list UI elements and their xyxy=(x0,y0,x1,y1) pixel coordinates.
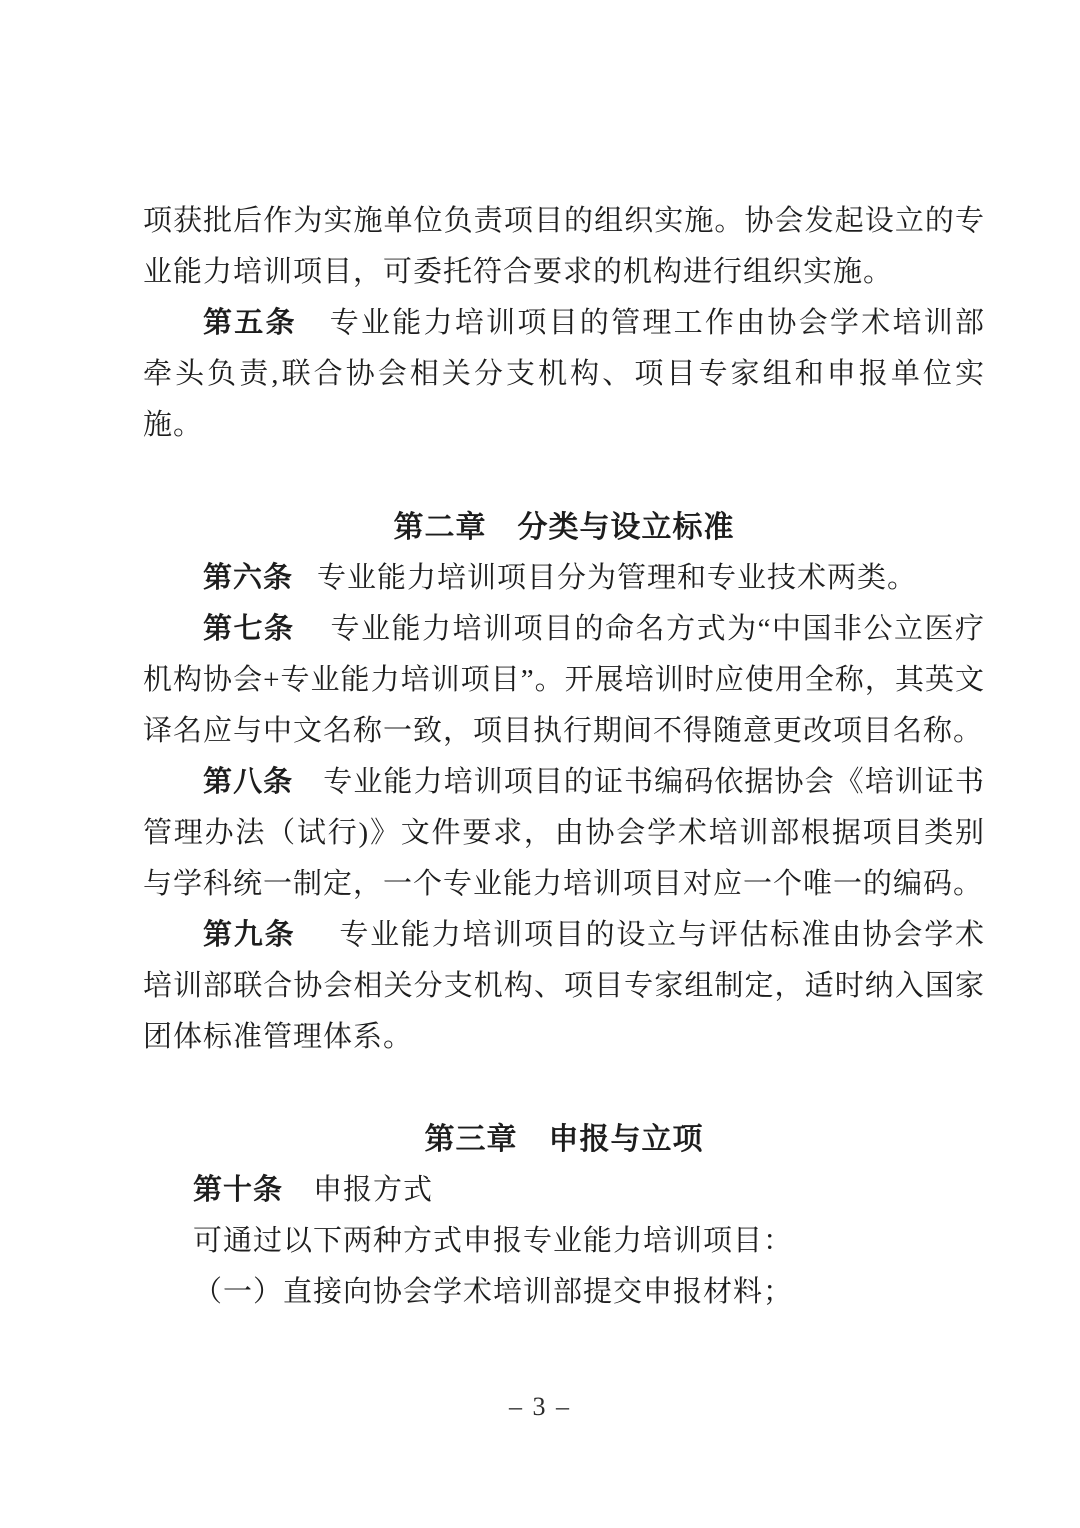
article-5: 第五条专业能力培训项目的管理工作由协会学术培训部牵头负责,联合协会相关分支机构、… xyxy=(143,298,985,451)
chapter-3-heading: 第三章 申报与立项 xyxy=(143,1114,985,1165)
article-8-number: 第八条 xyxy=(203,766,293,798)
article-7-number: 第七条 xyxy=(203,613,295,645)
document-content: 项获批后作为实施单位负责项目的组织实施。协会发起设立的专业能力培训项目，可委托符… xyxy=(143,196,985,1318)
article-5-number: 第五条 xyxy=(203,307,297,339)
article-9: 第九条专业能力培训项目的设立与评估标准由协会学术培训部联合协会相关分支机构、项目… xyxy=(143,910,985,1063)
page-number: – 3 – xyxy=(0,1392,1080,1422)
paragraph-methods-intro: 可通过以下两种方式申报专业能力培训项目： xyxy=(143,1216,985,1267)
chapter-2-heading: 第二章 分类与设立标准 xyxy=(143,502,985,553)
paragraph-continuation: 项获批后作为实施单位负责项目的组织实施。协会发起设立的专业能力培训项目，可委托符… xyxy=(143,196,985,298)
article-7: 第七条专业能力培训项目的命名方式为“中国非公立医疗机构协会+专业能力培训项目”。… xyxy=(143,604,985,757)
paragraph-method-1: （一）直接向协会学术培训部提交申报材料； xyxy=(143,1267,985,1318)
article-10-number: 第十条 xyxy=(193,1174,283,1206)
article-9-number: 第九条 xyxy=(203,919,295,951)
article-6-number: 第六条 xyxy=(203,562,293,594)
article-6: 第六条专业能力培训项目分为管理和专业技术两类。 xyxy=(143,553,985,604)
article-8: 第八条专业能力培训项目的证书编码依据协会《培训证书管理办法（试行)》文件要求，由… xyxy=(143,757,985,910)
article-10: 第十条申报方式 xyxy=(143,1165,985,1216)
article-10-text: 申报方式 xyxy=(313,1174,433,1206)
document-page: 项获批后作为实施单位负责项目的组织实施。协会发起设立的专业能力培训项目，可委托符… xyxy=(0,0,1080,1528)
article-6-text: 专业能力培训项目分为管理和专业技术两类。 xyxy=(317,562,917,594)
